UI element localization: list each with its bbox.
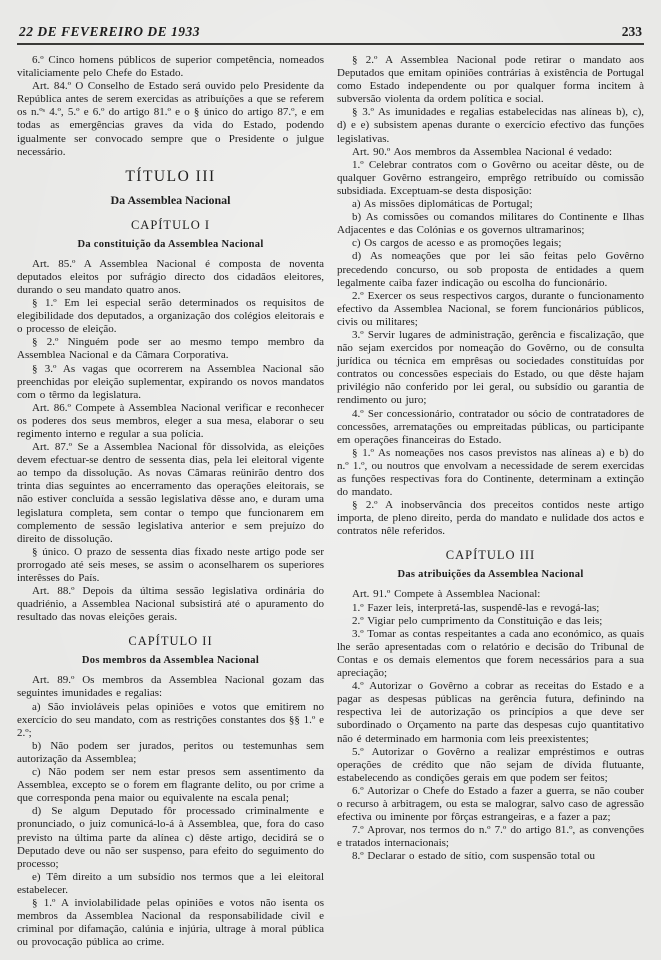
paragraph: Art. 86.º Compete à Assemblea Nacional v… (17, 402, 324, 441)
chapter-heading: CAPÍTULO II (17, 634, 324, 649)
paragraph: 4.º Ser concessionário, contratador ou s… (337, 408, 644, 447)
page-number: 233 (622, 24, 642, 40)
paragraph: Art. 87.º Se a Assemblea Nacional fôr di… (17, 441, 324, 546)
paragraph: § 2.º Ninguém pode ser ao mesmo tempo me… (17, 336, 324, 362)
page-header: 22 DE FEVEREIRO DE 1933 233 (17, 24, 644, 45)
paragraph: 5.º Autorizar o Govêrno a realizar empré… (337, 746, 644, 785)
paragraph: § 1.º Em lei especial serão determinados… (17, 297, 324, 336)
chapter-heading: CAPÍTULO I (17, 218, 324, 233)
document-page: 22 DE FEVEREIRO DE 1933 233 6.º Cinco ho… (0, 0, 661, 960)
header-date: 22 DE FEVEREIRO DE 1933 (19, 24, 200, 40)
paragraph: § 3.º As vagas que ocorrerem na Assemble… (17, 363, 324, 402)
paragraph: § 2.º A inobservância dos preceitos cont… (337, 499, 644, 538)
chapter-heading: CAPÍTULO III (337, 548, 644, 563)
paragraph: § 2.º A Assemblea Nacional pode retirar … (337, 54, 644, 106)
paragraph: d) As nomeações que por lei são feitas p… (337, 250, 644, 289)
paragraph: a) As missões diplomáticas de Portugal; (337, 198, 644, 211)
paragraph: § 1.º As nomeações nos casos previstos n… (337, 447, 644, 499)
paragraph: Art. 89.º Os membros da Assemblea Nacion… (17, 674, 324, 700)
chapter-subject-heading: Dos membros da Assemblea Nacional (17, 655, 324, 666)
paragraph: 1.º Fazer leis, interpretá-las, suspendê… (337, 602, 644, 615)
paragraph: 8.º Declarar o estado de sítio, com susp… (337, 850, 644, 863)
paragraph: Art. 91.º Compete à Assemblea Nacional: (337, 588, 644, 601)
paragraph: c) Os cargos de acesso e as promoções le… (337, 237, 644, 250)
paragraph: 4.º Autorizar o Govêrno a cobrar as rece… (337, 680, 644, 745)
paragraph: Art. 88.º Depois da última sessão legisl… (17, 585, 324, 624)
two-column-body: 6.º Cinco homens públicos de superior co… (17, 54, 644, 949)
paragraph: d) Se algum Deputado fôr processado crim… (17, 805, 324, 870)
paragraph: 3.º Servir lugares de administração, ger… (337, 329, 644, 408)
paragraph: Art. 90.º Aos membros da Assemblea Nacio… (337, 146, 644, 159)
paragraph: a) São invioláveis pelas opiniões e voto… (17, 701, 324, 740)
chapter-subject-heading: Da constituição da Assemblea Nacional (17, 239, 324, 250)
paragraph: § único. O prazo de sessenta dias fixado… (17, 546, 324, 585)
paragraph: § 3.º As imunidades e regalias estabelec… (337, 106, 644, 145)
paragraph: 7.º Aprovar, nos termos do n.º 7.º do ar… (337, 824, 644, 850)
paragraph: 6.º Autorizar o Chefe do Estado a fazer … (337, 785, 644, 824)
paragraph: Art. 84.º O Conselho de Estado será ouvi… (17, 80, 324, 159)
paragraph: 3.º Tomar as contas respeitantes a cada … (337, 628, 644, 680)
paragraph: b) Não podem ser jurados, peritos ou tes… (17, 740, 324, 766)
paragraph: b) As comissões ou comandos militares do… (337, 211, 644, 237)
left-column: 6.º Cinco homens públicos de superior co… (17, 54, 324, 949)
right-column: § 2.º A Assemblea Nacional pode retirar … (337, 54, 644, 949)
paragraph: e) Têm direito a um subsídio nos termos … (17, 871, 324, 897)
titulo-heading: TÍTULO III (17, 168, 324, 186)
paragraph: c) Não podem ser nem estar presos sem as… (17, 766, 324, 805)
paragraph: 2.º Exercer os seus respectivos cargos, … (337, 290, 644, 329)
paragraph: 6.º Cinco homens públicos de superior co… (17, 54, 324, 80)
chapter-subject-heading: Das atribuições da Assemblea Nacional (337, 569, 644, 580)
titulo-subject-heading: Da Assemblea Nacional (17, 193, 324, 208)
paragraph: 1.º Celebrar contratos com o Govêrno ou … (337, 159, 644, 198)
paragraph: 2.º Vigiar pelo cumprimento da Constitui… (337, 615, 644, 628)
paragraph: Art. 85.º A Assemblea Nacional é compost… (17, 258, 324, 297)
paragraph: § 1.º A inviolabilidade pelas opiniões e… (17, 897, 324, 949)
